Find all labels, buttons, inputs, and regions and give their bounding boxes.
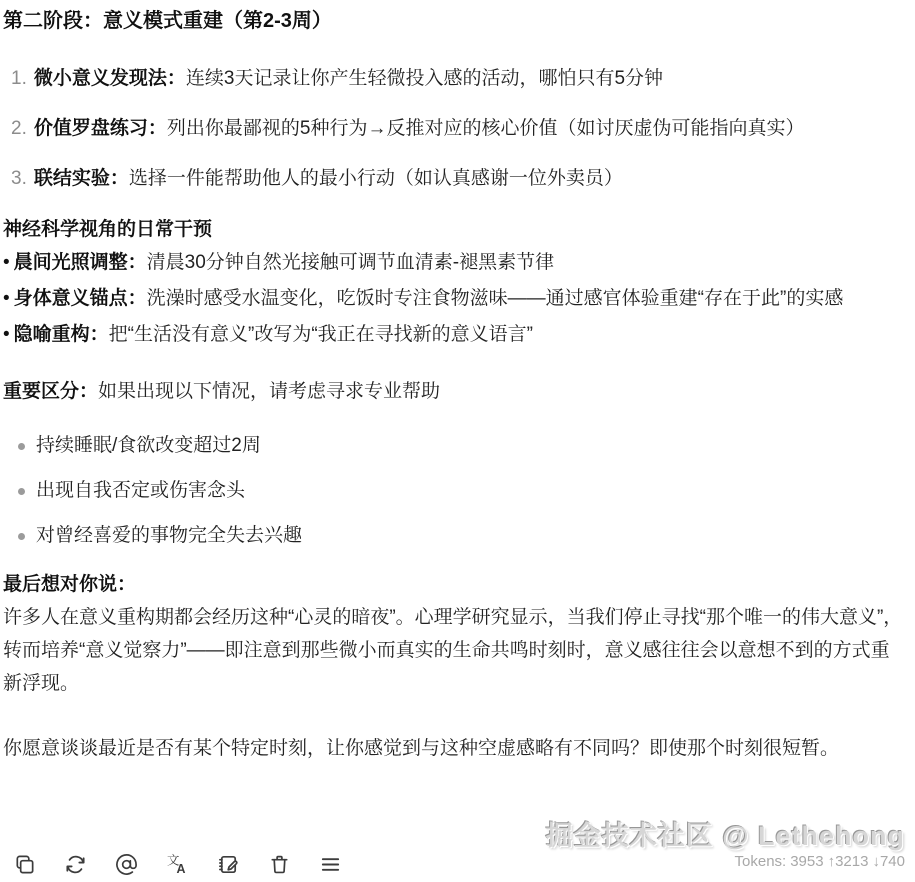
list-item-text: 列出你最鄙视的5种行为→反推对应的核心价值（如讨厌虚伪可能指向真实） <box>167 118 805 139</box>
bullet-marker: • <box>3 252 10 273</box>
assistant-message: 第二阶段：意义模式重建（第2-3周） 1.微小意义发现法：连续3天记录让你产生轻… <box>0 0 915 882</box>
warning-list: 持续睡眠/食欲改变超过2周 出现自我否定或伤害念头 对曾经喜爱的事物完全失去兴趣 <box>3 433 907 549</box>
closing-paragraph: 许多人在意义重构期都会经历这种“心灵的暗夜”。心理学研究显示，当我们停止寻找“那… <box>3 601 907 700</box>
list-item-label: 价值罗盘练习： <box>34 118 167 139</box>
list-item: 出现自我否定或伤害念头 <box>3 478 907 504</box>
warning-text: 如果出现以下情况，请考虑寻求专业帮助 <box>98 381 440 402</box>
regenerate-icon <box>64 853 87 876</box>
watermark: 掘金技术社区 @ Lethehong Tokens:3953↑3213↓740 <box>546 820 905 871</box>
tokens-up: ↑3213 <box>828 853 869 870</box>
tokens-total: 3953 <box>790 853 823 870</box>
list-number: 1. <box>11 68 27 89</box>
list-item-label: 联结实验： <box>34 168 129 189</box>
intervention-label: 身体意义锚点： <box>14 288 147 309</box>
warning-item-text: 持续睡眠/食欲改变超过2周 <box>36 435 261 456</box>
regenerate-button[interactable] <box>63 852 87 876</box>
tokens-counter: Tokens:3953↑3213↓740 <box>546 852 905 871</box>
warning-heading: 重要区分：如果出现以下情况，请考虑寻求专业帮助 <box>3 378 907 406</box>
delete-button[interactable] <box>267 852 291 876</box>
closing-heading: 最后想对你说： <box>3 568 907 601</box>
list-item: 持续睡眠/食欲改变超过2周 <box>3 433 907 459</box>
intervention-label: 晨间光照调整： <box>14 252 147 273</box>
intervention-item: •隐喻重构：把“生活没有意义”改写为“我正在寻找新的意义语言” <box>3 318 907 351</box>
mention-icon <box>115 853 138 876</box>
closing-question: 你愿意谈谈最近是否有某个特定时刻，让你感觉到与这种空虚感略有不同吗？即使那个时刻… <box>3 732 907 765</box>
trash-icon <box>268 853 291 876</box>
edit-note-button[interactable] <box>216 852 240 876</box>
menu-icon <box>319 853 342 876</box>
copy-icon <box>13 853 36 876</box>
message-toolbar: 文 A <box>12 852 342 876</box>
watermark-text: 掘金技术社区 @ Lethehong <box>546 820 905 852</box>
bullet-dot <box>18 488 25 495</box>
copy-button[interactable] <box>12 852 36 876</box>
bullet-dot <box>18 443 25 450</box>
mention-button[interactable] <box>114 852 138 876</box>
intervention-label: 隐喻重构： <box>14 324 109 345</box>
section-heading: 神经科学视角的日常干预 <box>3 217 907 243</box>
intervention-item: •身体意义锚点：洗澡时感受水温变化，吃饭时专注食物滋味——通过感官体验重建“存在… <box>3 282 907 315</box>
intervention-text: 洗澡时感受水温变化，吃饭时专注食物滋味——通过感官体验重建“存在于此”的实感 <box>147 288 844 309</box>
list-item: 对曾经喜爱的事物完全失去兴趣 <box>3 523 907 549</box>
svg-text:A: A <box>176 862 185 876</box>
list-number: 2. <box>11 118 27 139</box>
list-number: 3. <box>11 168 27 189</box>
list-item-text: 选择一件能帮助他人的最小行动（如认真感谢一位外卖员） <box>129 168 623 189</box>
warning-label: 重要区分： <box>3 381 98 402</box>
ordered-list: 1.微小意义发现法：连续3天记录让你产生轻微投入感的活动，哪怕只有5分钟 2.价… <box>3 66 907 191</box>
warning-item-text: 出现自我否定或伤害念头 <box>36 480 245 501</box>
edit-note-icon <box>217 853 240 876</box>
intervention-item: •晨间光照调整：清晨30分钟自然光接触可调节血清素-褪黑素节律 <box>3 246 907 279</box>
translate-icon: 文 A <box>166 853 189 876</box>
list-item-label: 微小意义发现法： <box>34 68 186 89</box>
bullet-marker: • <box>3 288 10 309</box>
translate-button[interactable]: 文 A <box>165 852 189 876</box>
intervention-text: 清晨30分钟自然光接触可调节血清素-褪黑素节律 <box>147 252 554 273</box>
tokens-label: Tokens: <box>735 853 787 870</box>
list-item-text: 连续3天记录让你产生轻微投入感的活动，哪怕只有5分钟 <box>186 68 663 89</box>
tokens-down: ↓740 <box>872 853 905 870</box>
bullet-dot <box>18 533 25 540</box>
list-item: 3.联结实验：选择一件能帮助他人的最小行动（如认真感谢一位外卖员） <box>11 166 907 191</box>
list-item: 1.微小意义发现法：连续3天记录让你产生轻微投入感的活动，哪怕只有5分钟 <box>11 66 907 91</box>
bullet-marker: • <box>3 324 10 345</box>
warning-item-text: 对曾经喜爱的事物完全失去兴趣 <box>36 525 302 546</box>
menu-button[interactable] <box>318 852 342 876</box>
page-title: 第二阶段：意义模式重建（第2-3周） <box>3 9 907 33</box>
list-item: 2.价值罗盘练习：列出你最鄙视的5种行为→反推对应的核心价值（如讨厌虚伪可能指向… <box>11 116 907 141</box>
intervention-text: 把“生活没有意义”改写为“我正在寻找新的意义语言” <box>109 324 533 345</box>
